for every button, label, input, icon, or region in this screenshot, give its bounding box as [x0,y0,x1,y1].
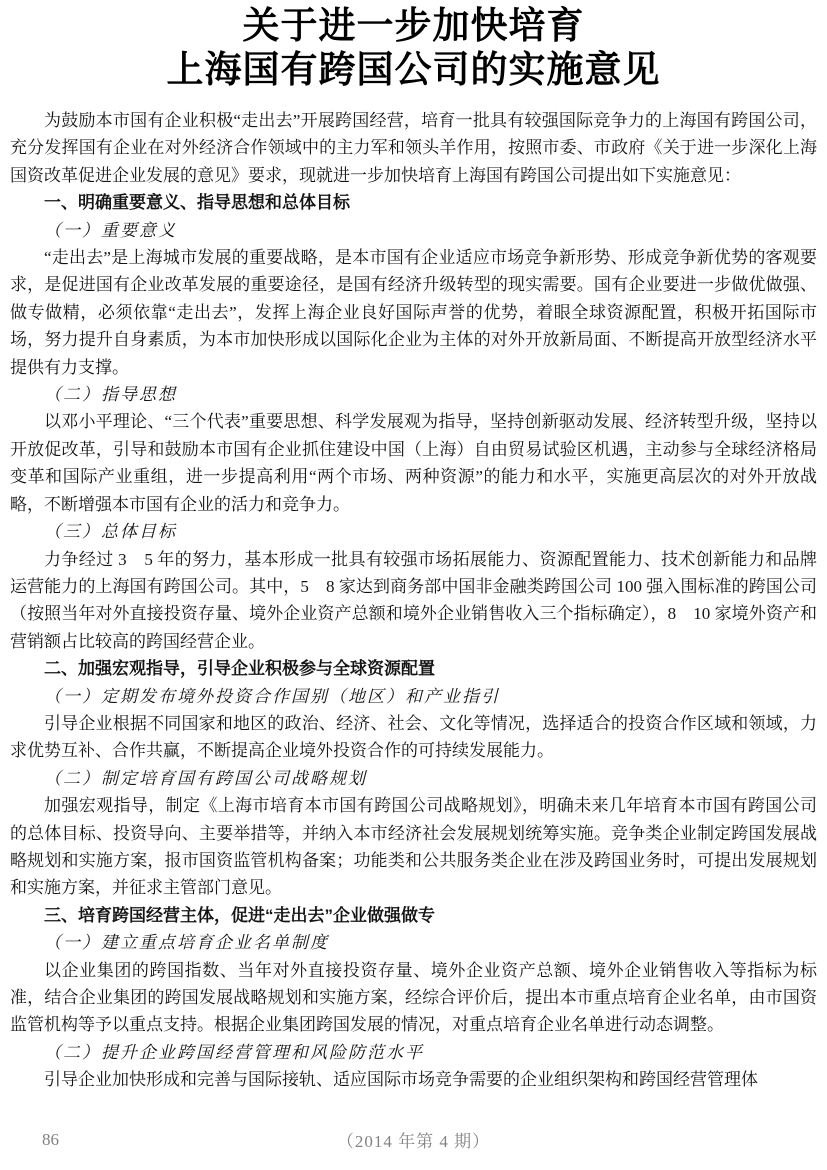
subsection-1-3-heading: （三）总体目标 [10,518,817,545]
paragraph-preamble: 为鼓励本市国有企业积极“走出去”开展跨国经营，培育一批具有较强国际竞争力的上海国… [10,107,817,189]
title-line-1: 关于进一步加快培育 [0,5,827,49]
subsection-3-1-heading: （一）建立重点培育企业名单制度 [10,929,817,956]
paragraph-3-1: 以企业集团的跨国指数、当年对外直接投资存量、境外企业资产总额、境外企业销售收入等… [10,957,817,1039]
section-1-heading: 一、明确重要意义、指导思想和总体目标 [10,189,817,216]
paragraph-1-3: 力争经过 3 5 年的努力，基本形成一批具有较强市场拓展能力、资源配置能力、技术… [10,546,817,656]
title-line-2: 上海国有跨国公司的实施意见 [0,49,827,93]
section-3-heading: 三、培育跨国经营主体，促进“走出去”企业做强做专 [10,902,817,929]
paragraph-2-2: 加强宏观指导，制定《上海市培育本市国有跨国公司战略规划》，明确未来几年培育本市国… [10,792,817,902]
subsection-2-2-heading: （二）制定培育国有跨国公司战略规划 [10,765,817,792]
paragraph-1-2: 以邓小平理论、“三个代表”重要思想、科学发展观为指导，坚持创新驱动发展、经济转型… [10,408,817,518]
paragraph-3-2-truncated: 引导企业加快形成和完善与国际接轨、适应国际市场竞争需要的企业组织架构和跨国经营管… [10,1066,817,1093]
paragraph-2-1: 引导企业根据不同国家和地区的政治、经济、社会、文化等情况，选择适合的投资合作区域… [10,710,817,765]
section-2-heading: 二、加强宏观指导，引导企业积极参与全球资源配置 [10,655,817,682]
subsection-1-2-heading: （二）指导思想 [10,381,817,408]
document-body: 为鼓励本市国有企业积极“走出去”开展跨国经营，培育一批具有较强国际竞争力的上海国… [10,107,817,1117]
page-footer: 86 （2014 年第 4 期） [0,1126,827,1156]
subsection-1-1-heading: （一）重要意义 [10,217,817,244]
document-page: 关于进一步加快培育 上海国有跨国公司的实施意见 为鼓励本市国有企业积极“走出去”… [0,0,827,1170]
document-title: 关于进一步加快培育 上海国有跨国公司的实施意见 [0,0,827,93]
issue-label: （2014 年第 4 期） [0,1128,827,1156]
subsection-2-1-heading: （一）定期发布境外投资合作国别（地区）和产业指引 [10,683,817,710]
subsection-3-2-heading: （二）提升企业跨国经营管理和风险防范水平 [10,1039,817,1066]
paragraph-1-1: “走出去”是上海城市发展的重要战略，是本市国有企业适应市场竞争新形势、形成竞争新… [10,244,817,381]
